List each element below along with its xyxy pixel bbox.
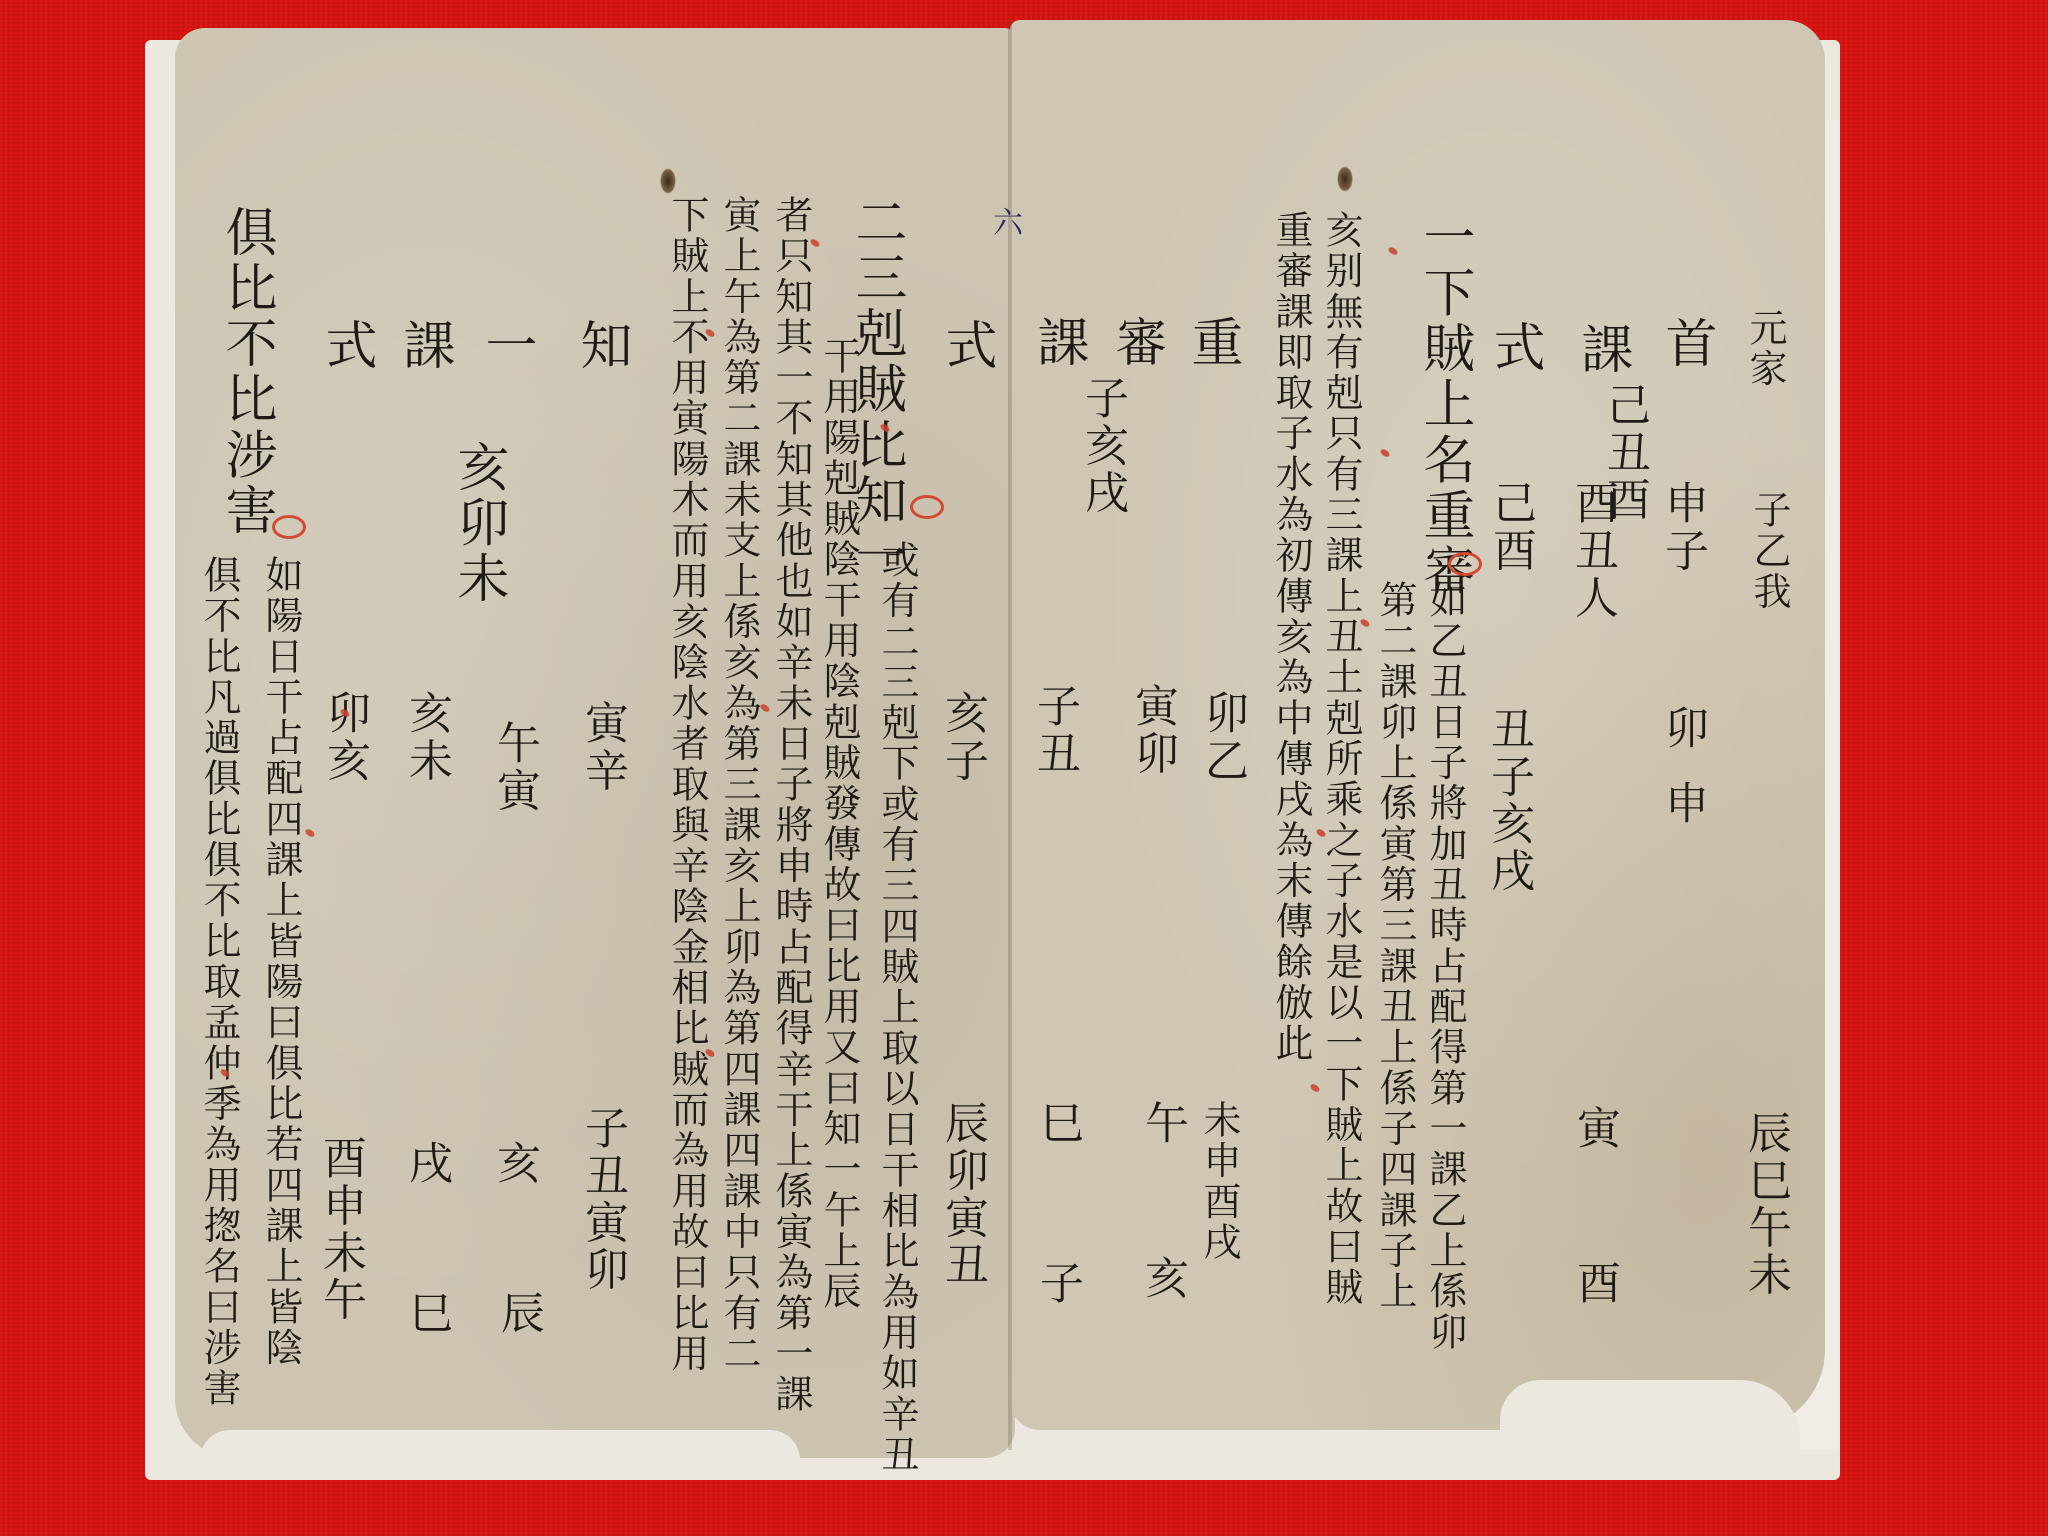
torn-edge (1500, 1380, 1800, 1460)
column-text: 辰 (496, 1290, 540, 1337)
column-text: 巳 (404, 1290, 448, 1337)
column-text: 酉 (1572, 1260, 1616, 1307)
column-text: 寅卯 (1130, 683, 1174, 777)
column-text: 式 (1488, 320, 1540, 376)
column-text: 重審課即取子水為初傳亥為中傳戌為末傳餘倣此 (1272, 210, 1310, 1064)
column-text: 重 (1186, 315, 1238, 371)
column-text: 子丑 (1032, 683, 1076, 777)
column-text: 知 (575, 318, 627, 374)
column-text: 子丑寅卯 (580, 1105, 624, 1293)
column-text: 辰巳午未 (1743, 1110, 1787, 1298)
red-circle-mark (272, 515, 306, 539)
column-text: 丑子亥戌 (1486, 706, 1530, 894)
column-text: 式 (940, 318, 992, 374)
section-heading: 一下賊上名重審 (1418, 210, 1470, 599)
column-text: 亥 (492, 1140, 536, 1187)
column-text: 未申酉戌 (1200, 1100, 1238, 1263)
binding-hole (1337, 166, 1353, 192)
column-text: 子乙我 (1750, 490, 1788, 612)
column-text: 寅 (1572, 1105, 1616, 1152)
column-text: 第二課卯上係寅第三課丑上係子四課子上 (1376, 580, 1414, 1312)
column-text: 亥别無有剋只有三課上丑土剋所乘之子水是以一下賊上故曰賊 (1322, 210, 1360, 1308)
column-text: 亥卯未 (452, 440, 504, 607)
column-text: 如陽日干占配四課上皆陽曰俱比若四課上皆陰 (262, 555, 300, 1368)
column-text: 審 (1110, 315, 1162, 371)
column-text: 酉丑人 (1570, 480, 1614, 621)
column-text: 一 (480, 318, 532, 374)
column-text: 子亥戌 (1080, 375, 1124, 516)
column-text: 辰卯寅丑 (940, 1100, 984, 1288)
column-text: 俱不比凡過俱比俱不比取孟仲季為用揔名曰涉害 (200, 555, 238, 1409)
binding-hole (660, 168, 676, 194)
column-text: 首 (1660, 316, 1712, 372)
red-circle-mark (910, 495, 944, 519)
column-text: 者只知其一不知其他也如辛未日子將申時占配得辛干上係寅為第一課 (772, 195, 810, 1415)
section-heading: 俱比不比涉害 (220, 205, 272, 539)
column-text: 或有二三剋下或有三四賊上取以日干相比為用如辛丑 (878, 540, 916, 1475)
red-circle-mark (1448, 552, 1482, 576)
column-text: 課 (1576, 322, 1628, 378)
column-text: 式 (320, 318, 372, 374)
column-text: 戌 (404, 1140, 448, 1187)
column-text: 課 (398, 318, 450, 374)
column-text: 午寅 (492, 720, 536, 814)
column-text: 己酉 (1488, 480, 1532, 574)
column-text: 子 (1035, 1260, 1079, 1307)
torn-edge (200, 1430, 800, 1470)
column-text: 申子 (1660, 480, 1704, 574)
column-text: 寅辛 (580, 700, 624, 794)
page-number-marker: 六 (993, 198, 1023, 242)
column-text: 干用陽剋賊陰干用陰剋賊發傳故曰比用又曰知一午上辰 (820, 336, 858, 1312)
column-text: 課 (1032, 315, 1084, 371)
column-text: 午 (1140, 1100, 1184, 1147)
column-text: 卯乙 (1200, 690, 1244, 784)
column-text: 元家 (1746, 308, 1784, 389)
column-text: 亥子 (940, 690, 984, 784)
column-text: 亥未 (404, 690, 448, 784)
column-text: 酉申未午 (318, 1135, 362, 1323)
column-text: 寅上午為第二課未支上係亥為第三課亥上卯為第四課四課中只有二 (720, 195, 758, 1374)
column-text: 亥 (1140, 1255, 1184, 1302)
column-text: 卯 (1660, 705, 1704, 752)
column-text: 下賊上不用寅陽木而用亥陰水者取與辛陰金相比賊而為用故曰比用 (668, 195, 706, 1374)
column-text: 如乙丑日子將加丑時占配得第一課乙上係卯 (1426, 580, 1464, 1353)
column-text: 巳 (1035, 1100, 1079, 1147)
column-text: 卯亥 (322, 690, 366, 784)
column-text: 申 (1660, 780, 1704, 827)
